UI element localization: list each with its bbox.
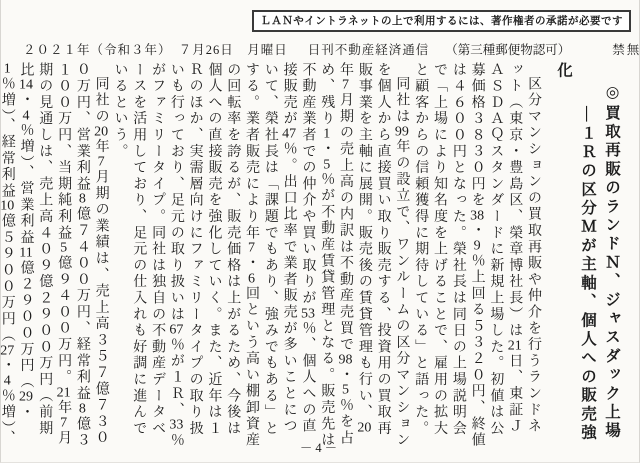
article-paragraph: 同社は99年の設立で、ワンルームの区分マンションを個人から直接買い取り販売する、… <box>110 62 411 450</box>
masthead: ２０２１年（令和３年） ７月26日 月曜日 日刊不動産経済通信 （第三種郵便物認… <box>23 40 640 58</box>
publication-title: 日刊不動産経済通信 <box>308 40 430 58</box>
page-number: －4－ <box>1 438 639 456</box>
postal-permit-note: （第三種郵便物認可） <box>445 40 570 58</box>
issue-date: ２０２１年（令和３年） ７月26日 月曜日 <box>23 40 288 58</box>
article-body: ◎買取再販のランドＮ、ジャスダック上場 ―１Ｒの区分Ｍが主軸、個人への販売強化 … <box>13 62 623 450</box>
article-paragraph: 同社の20年7月期の業績は、売上高３５７億７３００万円、営業利益8億７４００万円… <box>0 62 110 450</box>
scanned-page: ＬＡＮやイントラネットの上で利用するには、著作権者の承諾が必要です ２０２１年（… <box>0 0 640 463</box>
reproduction-prohibited-note: 禁無断複写・転載 <box>612 40 640 58</box>
article-paragraph: 区分マンションの買取再販や仲介を行うランドネット（東京・豊島区、榮章博社長）は2… <box>410 62 542 450</box>
article-subheadline: ―１Ｒの区分Ｍが主軸、個人への販売強化 <box>551 62 599 450</box>
copyright-notice-box: ＬＡＮやイントラネットの上で利用するには、著作権者の承諾が必要です <box>252 10 631 32</box>
article-headline: ◎買取再販のランドＮ、ジャスダック上場 <box>599 62 623 450</box>
